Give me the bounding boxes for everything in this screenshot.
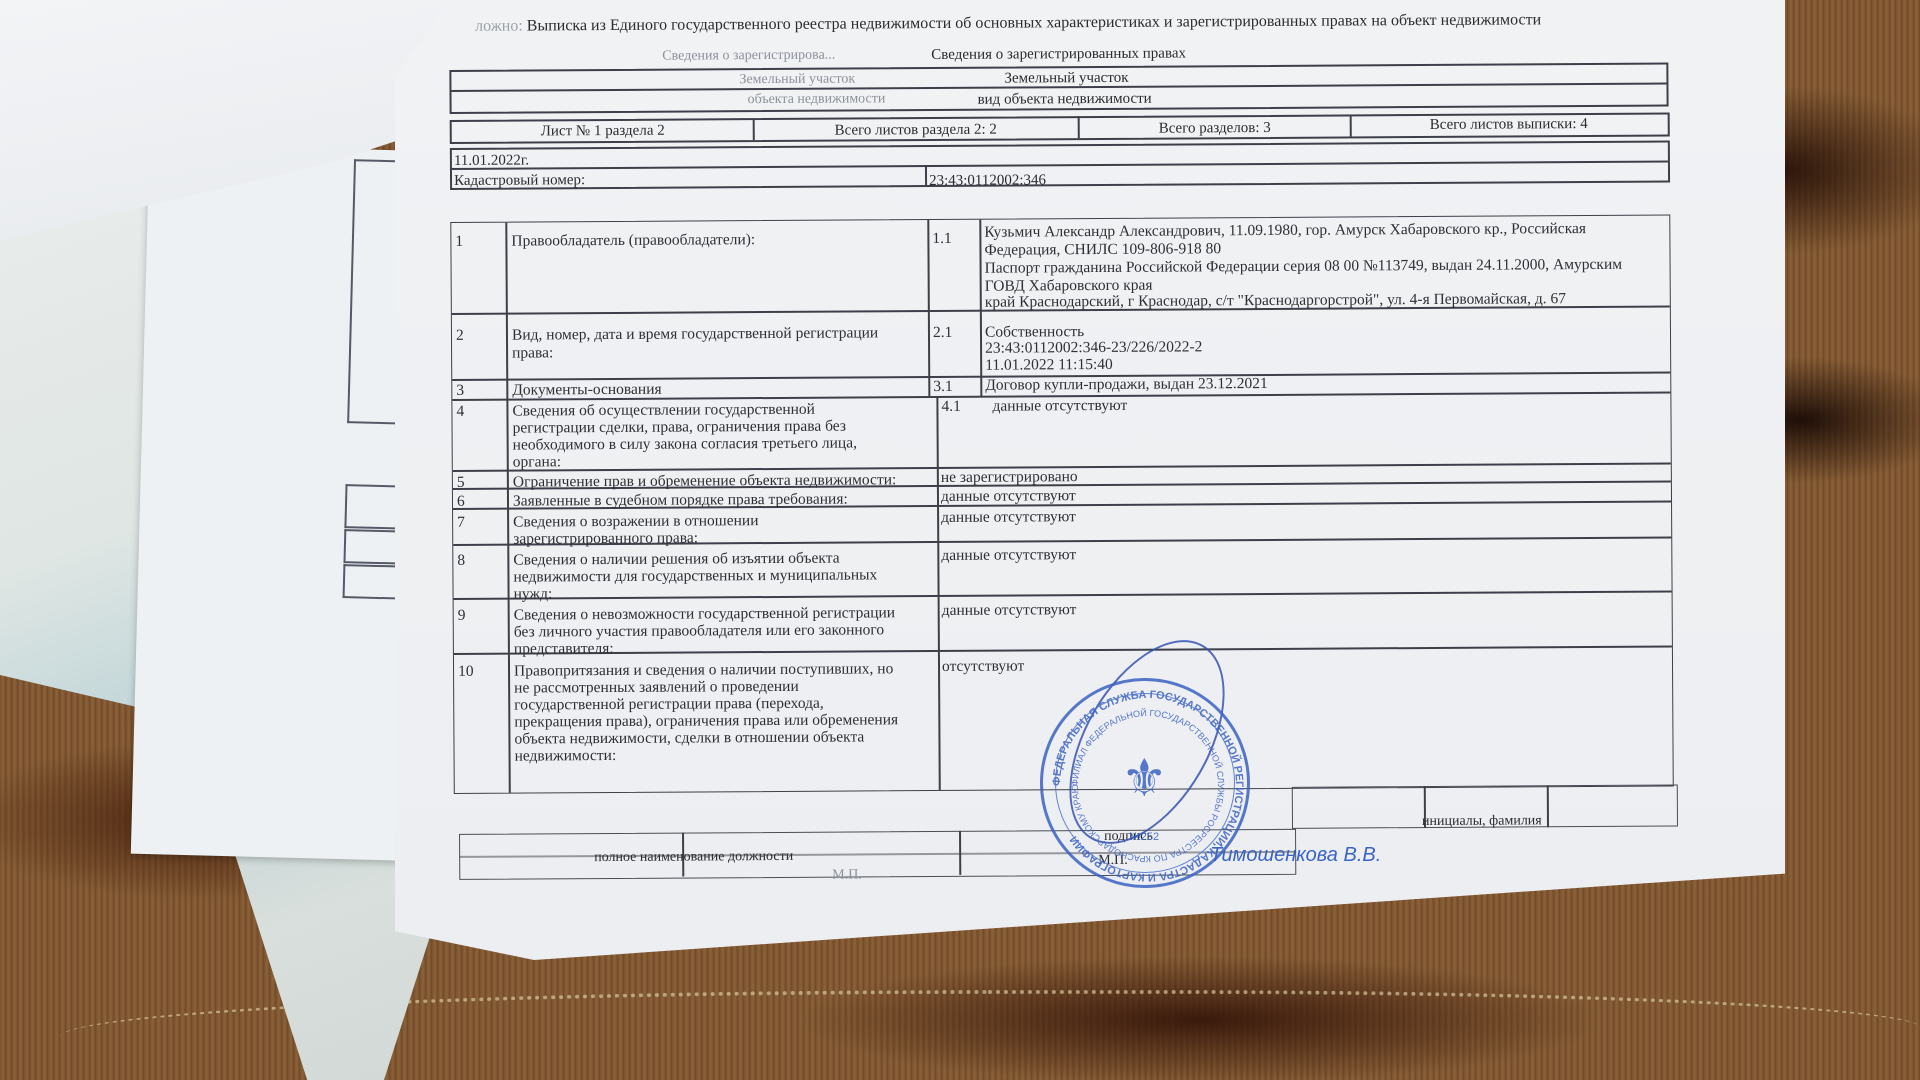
row-4-sub: 4.1 — [941, 398, 960, 416]
row-3-sub: 3.1 — [933, 378, 952, 396]
row-10-label-line: Правопритязания и сведения о наличии пос… — [514, 660, 893, 680]
row-9-label-line: без личного участия правообладателя или … — [514, 621, 884, 641]
row-2-value-line: 11.01.2022 11:15:40 — [985, 356, 1113, 374]
divider — [936, 397, 940, 790]
row-9-label-line: представителя: — [514, 640, 614, 658]
row-3-value: Договор купли-продажи, выдан 23.12.2021 — [985, 375, 1268, 394]
row-1-value-line: Паспорт гражданина Российской Федерации … — [985, 256, 1623, 277]
row-8-number: 8 — [457, 552, 465, 570]
cadastral-label: Кадастровый номер: — [454, 171, 585, 190]
row-2-value-line: 23:43:0112002:346-23/226/2022-2 — [985, 338, 1202, 357]
document-title: ложно: Выписка из Единого государственно… — [475, 11, 1541, 36]
row-1-value-line: Федерация, СНИЛС 109-806-918 80 — [984, 240, 1221, 259]
row-6-number: 6 — [457, 493, 465, 511]
document: ложно: Выписка из Единого государственно… — [0, 0, 1920, 1080]
row-8-label-line: нужд: — [514, 585, 553, 603]
row-2-number: 2 — [456, 327, 464, 345]
row-2-label-line: Вид, номер, дата и время государственной… — [512, 324, 878, 344]
row-5-value: не зарегистрировано — [941, 468, 1078, 486]
row-10-number: 10 — [458, 663, 474, 681]
row-7-label-line: зарегистрированного права: — [513, 529, 698, 548]
row-1-value-line: край Краснодарский, г Краснодар, с/т "Кр… — [985, 290, 1566, 311]
row-1-label: Правообладатель (правообладатели): — [511, 231, 755, 250]
row-7-label-line: Сведения о возражении в отношении — [513, 512, 758, 531]
sheets-in-section: Всего листов раздела 2: 2 — [755, 120, 1077, 140]
row-3-label: Документы-основания — [512, 381, 661, 399]
row-4-label-line: органа: — [513, 453, 561, 471]
ghost-object-label: объекта недвижимости — [748, 91, 886, 108]
row-2-sub: 2.1 — [933, 324, 952, 342]
ghost-section-title: Сведения о зарегистрирова... — [662, 48, 835, 65]
row-8-label-line: недвижимости для государственных и муниц… — [513, 566, 877, 586]
section-title: Сведения о зарегистрированных правах — [931, 45, 1186, 64]
row-10-value: отсутствуют — [942, 657, 1024, 675]
row-10-label-line: объекта недвижимости, сделки в отношении… — [514, 728, 864, 748]
row-5-label: Ограничение прав и обременение объекта н… — [513, 471, 897, 491]
divider — [925, 165, 927, 185]
row-5-number: 5 — [457, 474, 465, 492]
row-1-number: 1 — [455, 233, 463, 251]
row-7-number: 7 — [457, 514, 465, 532]
initials-label: инициалы, фамилия — [1422, 812, 1542, 831]
row-8-value: данные отсутствуют — [941, 546, 1076, 564]
coat-of-arms-icon: ⚜ — [1121, 749, 1168, 809]
row-10-label-line: недвижимости: — [515, 747, 617, 765]
row-6-value: данные отсутствуют — [941, 487, 1076, 505]
row-2-label-line: права: — [512, 344, 553, 362]
ghost-seal-label: М.П. — [832, 867, 862, 883]
cadastral-number: 23:43:0112002:346 — [929, 171, 1046, 190]
row-3-number: 3 — [456, 382, 464, 400]
object-type-value: Земельный участок — [1004, 69, 1128, 88]
extract-date: 11.01.2022г. — [454, 151, 529, 169]
divider — [1547, 785, 1549, 827]
row-4-number: 4 — [456, 403, 464, 421]
position-label: полное наименование должности — [594, 848, 793, 867]
sections-total: Всего разделов: 3 — [1080, 118, 1350, 138]
row-4-label-line: необходимого в силу закона согласия трет… — [513, 434, 857, 454]
row-7-value: данные отсутствуют — [941, 508, 1076, 526]
signer-name: Тимошенкова В.В. — [1210, 844, 1381, 867]
divider — [454, 591, 1672, 600]
ghost-object-value: Земельный участок — [739, 71, 855, 88]
row-9-value: данные отсутствуют — [942, 601, 1077, 619]
row-9-number: 9 — [458, 607, 466, 625]
sheets-total: Всего листов выписки: 4 — [1352, 115, 1666, 135]
divider — [927, 220, 930, 397]
object-type-label: вид объекта недвижимости — [977, 90, 1151, 109]
divider — [454, 646, 1672, 655]
row-1-value-line: Кузьмич Александр Александрович, 11.09.1… — [984, 220, 1586, 241]
row-4-value: данные отсутствуют — [992, 397, 1127, 415]
row-6-label: Заявленные в судебном порядке права треб… — [513, 491, 848, 511]
stamp-number: №252 — [1129, 831, 1159, 843]
sheet-number: Лист № 1 раздела 2 — [453, 121, 753, 141]
row-1-sub: 1.1 — [932, 230, 951, 248]
divider — [979, 220, 982, 397]
